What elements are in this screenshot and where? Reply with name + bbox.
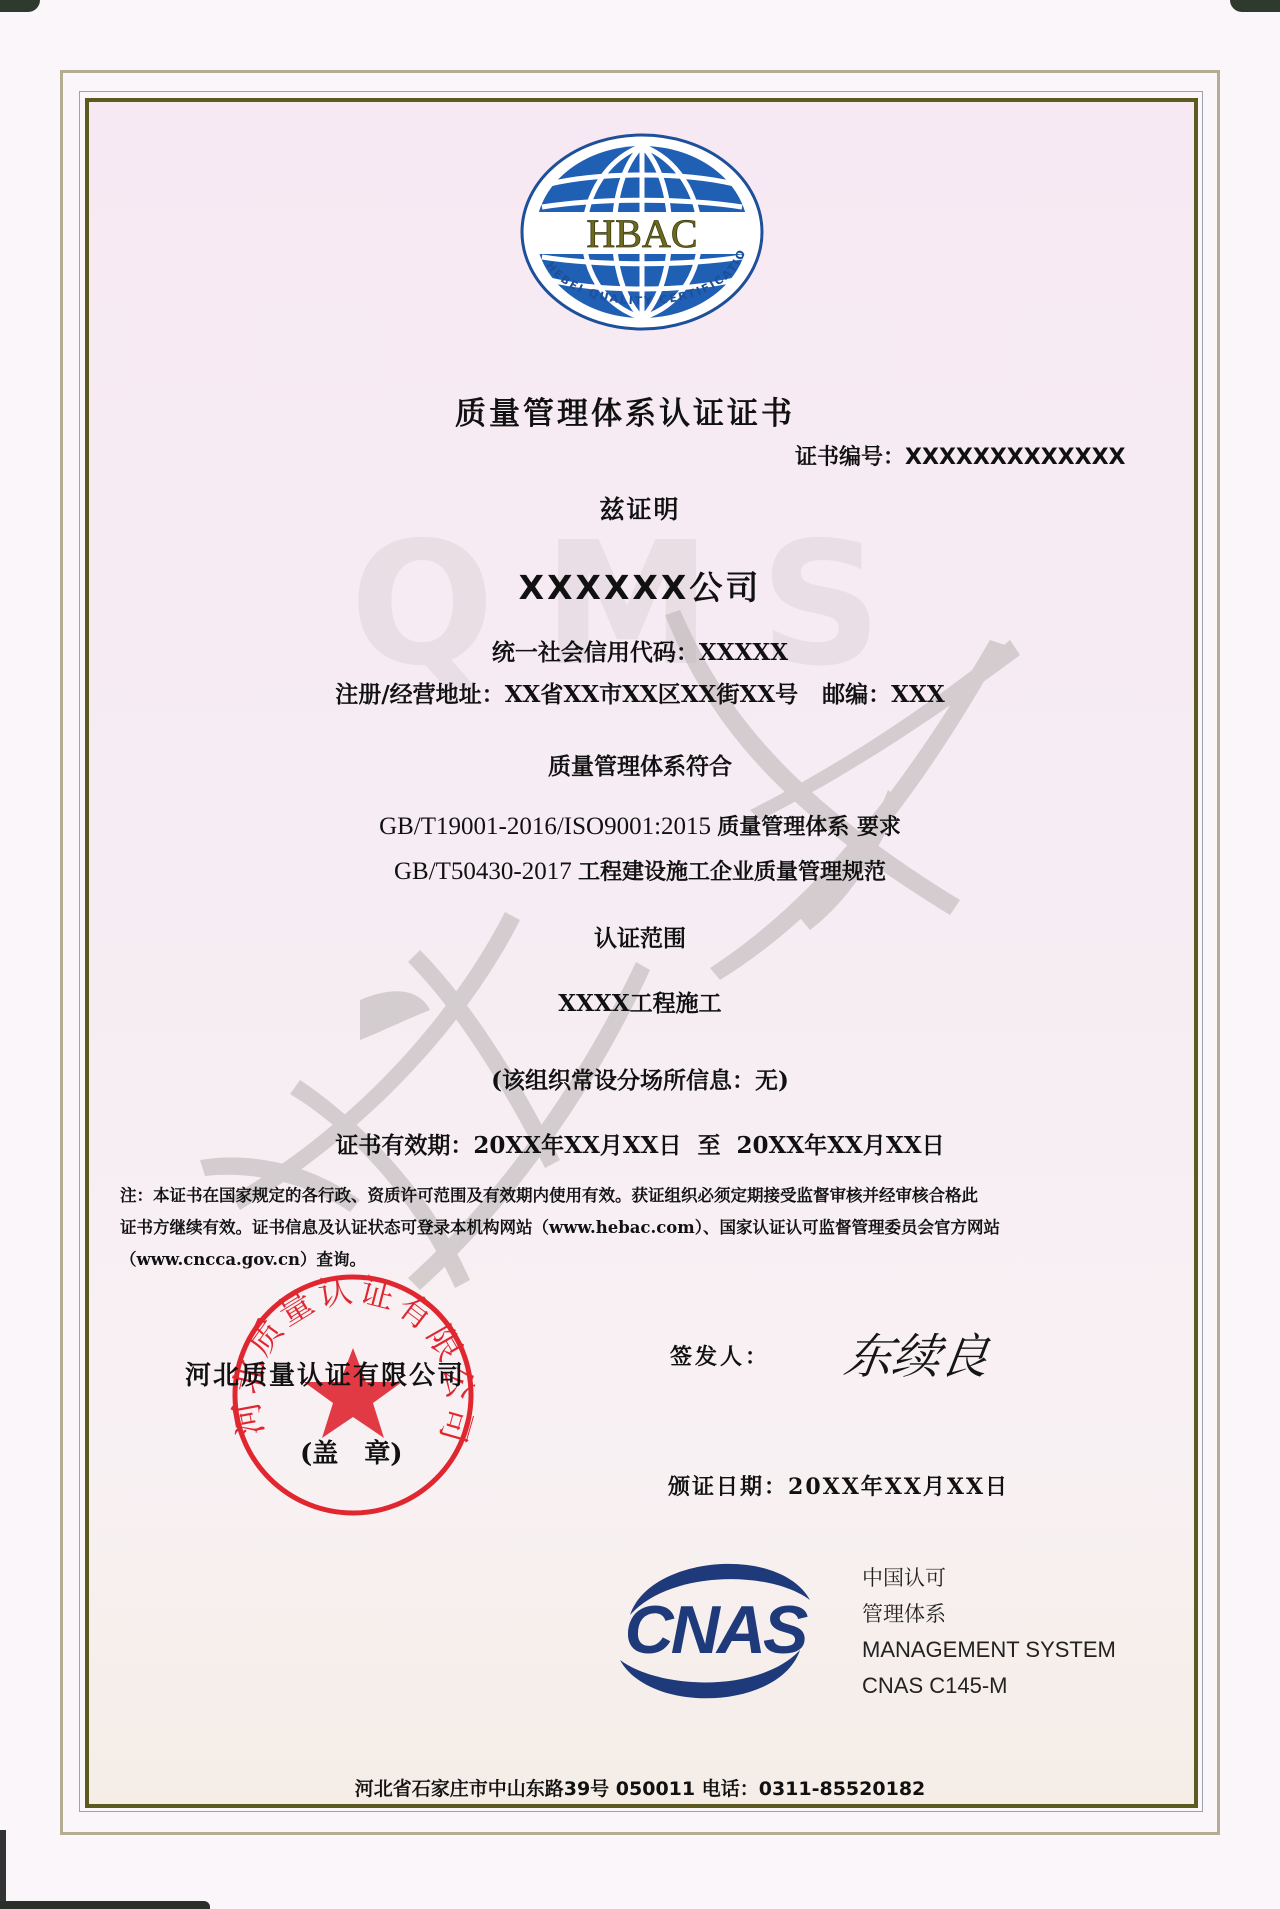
certificate-number-label: 证书编号： [795, 444, 905, 470]
stamp-note: (盖 章) [300, 1433, 403, 1470]
scope-value: XXXX工程施工 [0, 985, 1280, 1018]
standard-name: 工程建设施工企业质量管理规范 [578, 859, 886, 885]
certificate-number-value: XXXXXXXXXXXXX [905, 445, 1126, 470]
cnas-logo: CNAS [600, 1545, 830, 1715]
issuer-name: 河北质量认证有限公司 [185, 1355, 465, 1392]
validity-from: 20XX年XX月XX日 [473, 1132, 681, 1159]
standard-line: GB/T19001-2016/ISO9001:2015 质量管理体系 要求 [0, 810, 1280, 841]
site-info: (该组织常设分场所信息：无) [0, 1062, 1280, 1095]
issue-date-value: 20XX年XX月XX日 [788, 1474, 1009, 1500]
svg-text:CNAS: CNAS [625, 1592, 808, 1668]
hereby-certify: 兹证明 [0, 490, 1280, 526]
cnas-line: 管理体系 [862, 1596, 1116, 1632]
certificate-title: 质量管理体系认证证书 [0, 388, 1280, 433]
credit-code-value: XXXXX [699, 639, 788, 666]
address-label: 注册/经营地址： [335, 681, 504, 708]
validity-label: 证书有效期： [335, 1132, 473, 1159]
certificate-notes: 注：本证书在国家规定的各行政、资质许可范围及有效期内使用有效。获证组织必须定期接… [120, 1180, 1190, 1276]
standard-code: GB/T19001-2016/ISO9001:2015 [379, 813, 711, 840]
credit-code-label: 统一社会信用代码： [492, 639, 699, 666]
photo-edge [0, 0, 40, 12]
issue-date: 颁证日期：20XX年XX月XX日 [668, 1470, 1009, 1501]
issue-date-label: 颁证日期： [668, 1474, 788, 1500]
validity-separator: 至 [698, 1132, 721, 1159]
cnas-line: CNAS C145-M [862, 1668, 1116, 1704]
validity-to: 20XX年XX月XX日 [737, 1132, 945, 1159]
standard-code: GB/T50430-2017 [394, 858, 572, 885]
photo-edge [0, 1901, 210, 1909]
credit-code: 统一社会信用代码：XXXXX [0, 634, 1280, 667]
conforms-heading: 质量管理体系符合 [0, 748, 1280, 781]
hbac-logo: HBAC HEBEI QUALITY CERTIFICATION [520, 132, 765, 332]
cnas-line: MANAGEMENT SYSTEM [862, 1632, 1116, 1668]
photo-edge [1230, 0, 1280, 12]
signer-label: 签发人： [670, 1340, 770, 1371]
footer-address: 河北省石家庄市中山东路39号 050011 电话：0311-85520182 [0, 1774, 1280, 1801]
note-line: 证书方继续有效。证书信息及认证状态可登录本机构网站（www.hebac.com）… [120, 1212, 1190, 1244]
address-line: 注册/经营地址：XX省XX市XX区XX街XX号 邮编：XXX [0, 676, 1280, 709]
company-name: XXXXXX公司 [0, 562, 1280, 609]
signature: 东续良 [840, 1318, 994, 1387]
cnas-line: 中国认可 [862, 1560, 1116, 1596]
standard-line: GB/T50430-2017 工程建设施工企业质量管理规范 [0, 855, 1280, 886]
postcode-value: XXX [891, 681, 945, 708]
scope-heading: 认证范围 [0, 920, 1280, 953]
photo-edge [0, 1830, 6, 1909]
company-seal: 河北质量认证有限公司 [228, 1270, 478, 1520]
address-value: XX省XX市XX区XX街XX号 [505, 681, 798, 708]
note-line: 注：本证书在国家规定的各行政、资质许可范围及有效期内使用有效。获证组织必须定期接… [120, 1180, 1190, 1212]
validity-period: 证书有效期：20XX年XX月XX日 至 20XX年XX月XX日 [0, 1127, 1280, 1160]
svg-text:HBAC: HBAC [586, 211, 697, 256]
certificate-number: 证书编号：XXXXXXXXXXXXX [795, 440, 1126, 471]
cnas-accreditation-text: 中国认可 管理体系 MANAGEMENT SYSTEM CNAS C145-M [862, 1560, 1116, 1704]
postcode-label: 邮编： [822, 681, 891, 708]
standard-name: 质量管理体系 要求 [717, 814, 901, 840]
